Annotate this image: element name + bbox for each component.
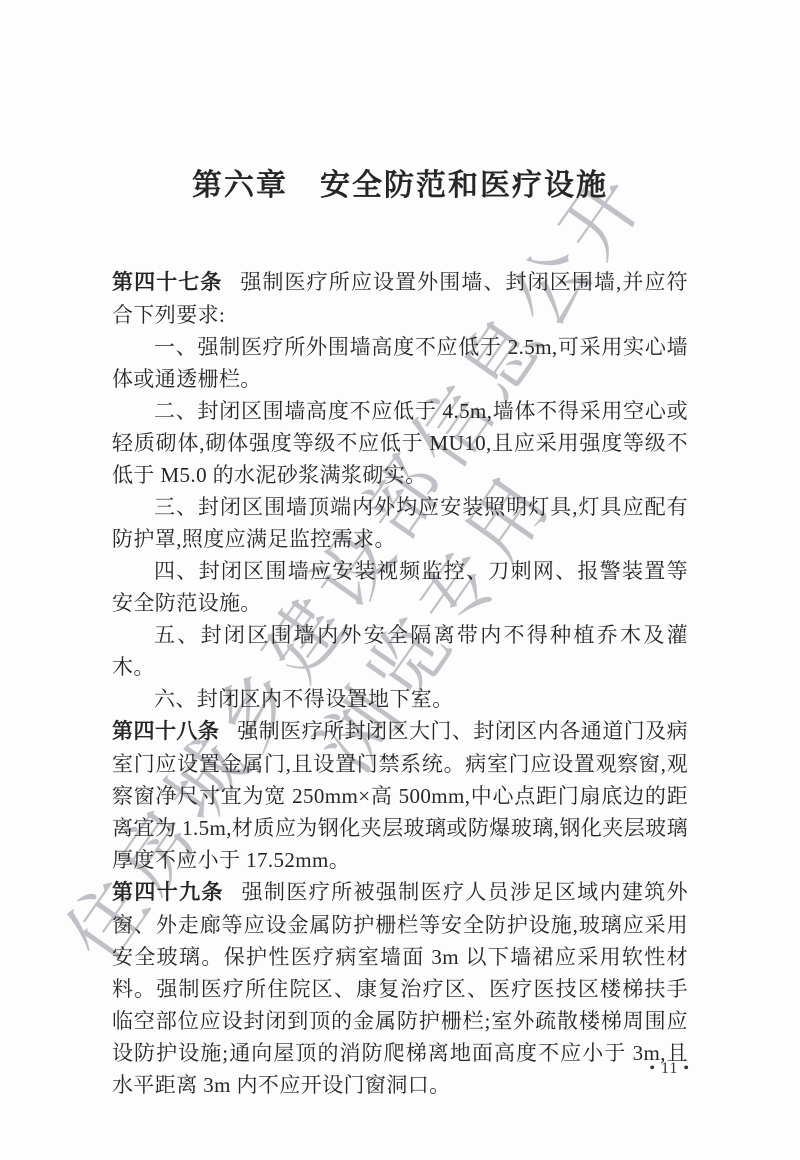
page-number: • 11 • — [649, 1060, 690, 1078]
article-47-item-5: 五、封闭区围墙内外安全隔离带内不得种植乔木及灌木。 — [112, 619, 688, 683]
article-47-number: 第四十七条 — [112, 271, 223, 294]
article-49-paragraph: 第四十九条强制医疗所被强制医疗人员涉足区域内建筑外窗、外走廊等应设金属防护栅栏等… — [112, 876, 688, 1101]
article-47-item-6: 六、封闭区内不得设置地下室。 — [112, 683, 688, 715]
chapter-title: 第六章 安全防范和医疗设施 — [0, 160, 800, 204]
document-body: 第四十七条强制医疗所应设置外围墙、封闭区围墙,并应符合下列要求: 一、强制医疗所… — [112, 266, 688, 1101]
document-page: 住房城乡建设部信息公开 浏览专用 第六章 安全防范和医疗设施 第四十七条强制医疗… — [0, 0, 800, 1160]
article-48-number: 第四十八条 — [112, 720, 219, 743]
article-47-item-2: 二、封闭区围墙高度不应低于 4.5m,墙体不得采用空心或轻质砌体,砌体强度等级不… — [112, 395, 688, 491]
article-47-paragraph: 第四十七条强制医疗所应设置外围墙、封闭区围墙,并应符合下列要求: — [112, 266, 688, 331]
article-49-number: 第四十九条 — [112, 881, 224, 904]
article-47-item-4: 四、封闭区围墙应安装视频监控、刀刺网、报警装置等安全防范设施。 — [112, 555, 688, 619]
article-48-paragraph: 第四十八条强制医疗所封闭区大门、封闭区内各通道门及病室门应设置金属门,且设置门禁… — [112, 715, 688, 876]
article-49-intro: 强制医疗所被强制医疗人员涉足区域内建筑外窗、外走廊等应设金属防护栅栏等安全防护设… — [112, 880, 688, 1097]
article-47-item-3: 三、封闭区围墙顶端内外均应安装照明灯具,灯具应配有防护罩,照度应满足监控需求。 — [112, 491, 688, 555]
article-47-item-1: 一、强制医疗所外围墙高度不应低于 2.5m,可采用实心墙体或通透栅栏。 — [112, 331, 688, 395]
